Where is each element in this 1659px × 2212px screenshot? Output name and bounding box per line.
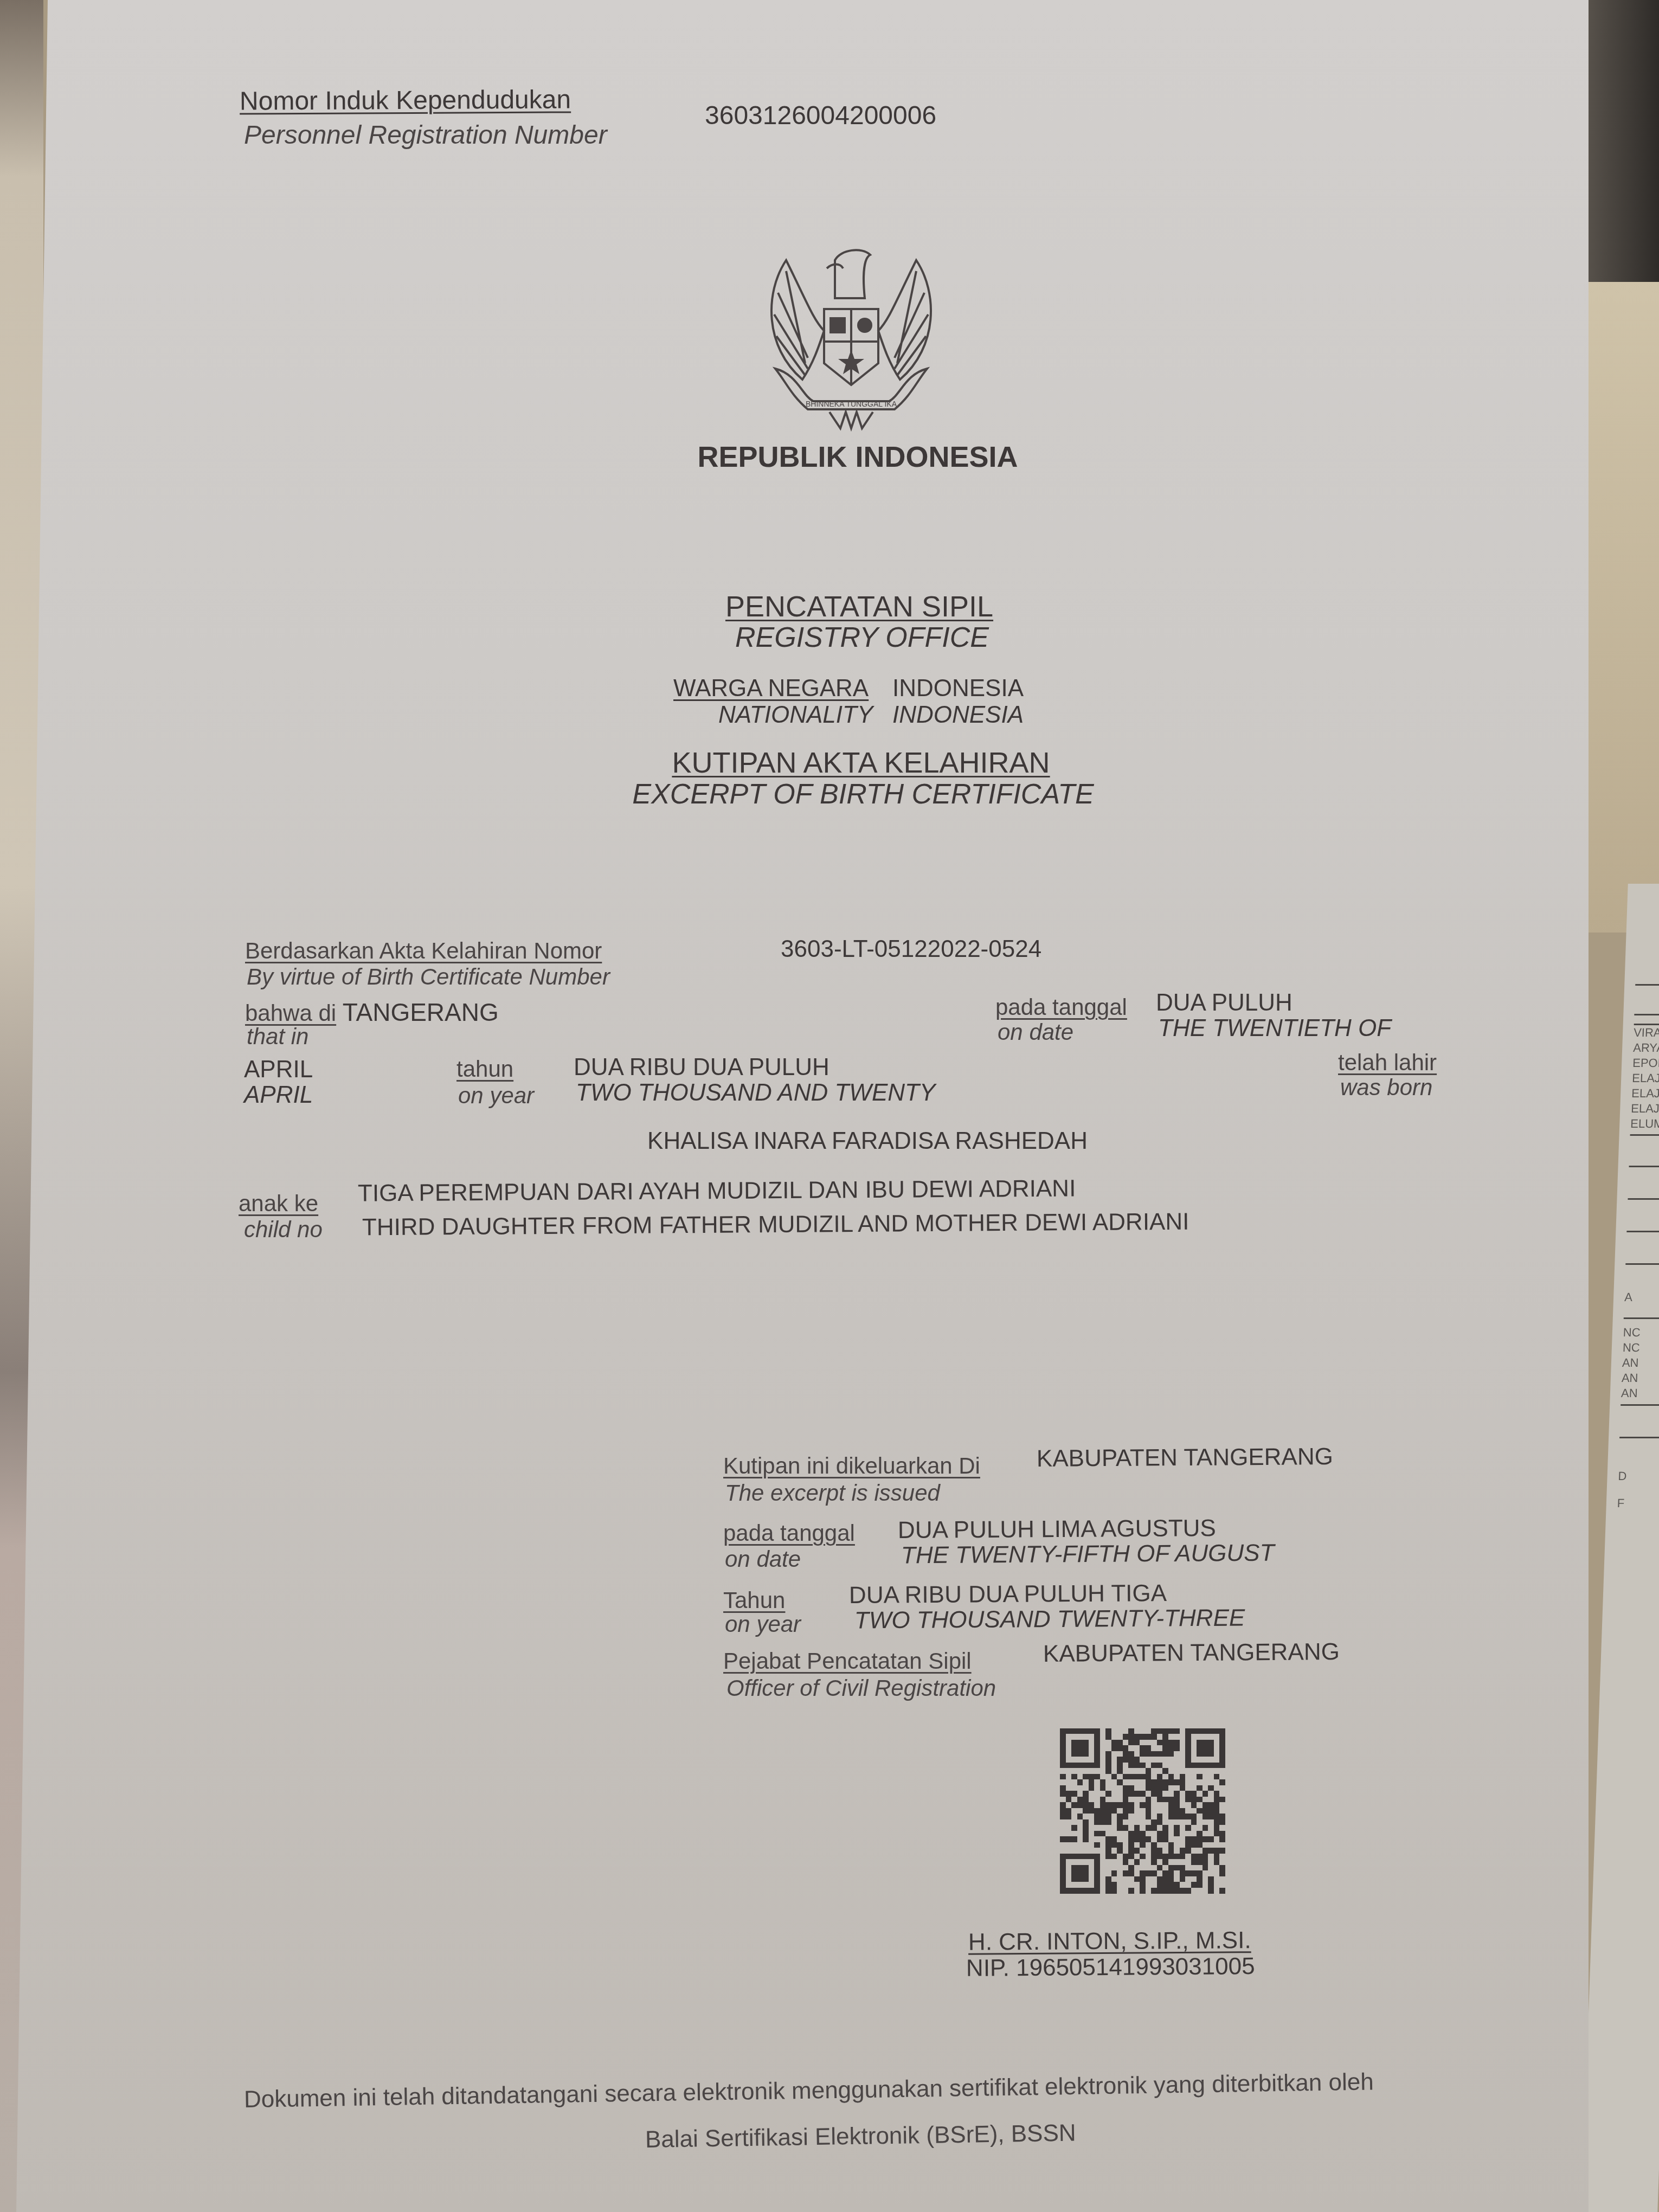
issue-date: DUA PULUH LIMA AGUSTUS [898,1515,1216,1544]
child-no-en: THIRD DAUGHTER FROM FATHER MUDIZIL AND M… [362,1208,1189,1242]
birth-month: APRIL [244,1056,313,1083]
birth-year-label-en: on year [458,1083,534,1109]
issue-date-en: THE TWENTY-FIFTH OF AUGUST [901,1540,1275,1570]
child-no: TIGA PEREMPUAN DARI AYAH MUDIZIL DAN IBU… [358,1175,1076,1207]
nationality-label: WARGA NEGARA [673,675,869,702]
country-title: REPUBLIK INDONESIA [697,440,1018,474]
issue-date-label-en: on date [725,1546,801,1572]
place-label: bahwa di [245,1000,336,1026]
birth-day-en: THE TWENTIETH OF [1158,1015,1391,1042]
birth-year-en: TWO THOUSAND AND TWENTY [576,1079,935,1107]
officer-label: Pejabat Pencatatan Sipil [723,1648,972,1674]
cert-number-label: Berdasarkan Akta Kelahiran Nomor [245,938,602,964]
svg-text:BHINNEKA TUNGGAL IKA: BHINNEKA TUNGGAL IKA [806,400,897,408]
place-label-en: that in [247,1024,308,1050]
child-no-label-en: child no [244,1217,323,1243]
child-name: KHALISA INARA FARADISA RASHEDAH [647,1128,1088,1155]
nik-label: Nomor Induk Kependudukan [240,85,571,116]
birth-place: TANGERANG [343,998,499,1026]
qr-code-icon[interactable] [1060,1727,1225,1895]
background-object-dark [1583,0,1659,304]
born-label: telah lahir [1338,1050,1437,1076]
officer-name: H. CR. INTON, S.IP., M.SI. [968,1927,1251,1956]
birth-day: DUA PULUH [1156,989,1293,1017]
issue-year-en: TWO THOUSAND TWENTY-THREE [854,1604,1245,1634]
nationality-value-en: INDONESIA [892,702,1024,729]
nik-label-en: Personnel Registration Number [244,120,607,150]
officer-nip: NIP. 196505141993031005 [966,1953,1255,1982]
birth-year: DUA RIBU DUA PULUH [574,1054,829,1081]
officer-label-en: Officer of Civil Registration [726,1675,996,1701]
document-title-en: EXCERPT OF BIRTH CERTIFICATE [632,778,1094,811]
nik-value: 3603126004200006 [705,101,936,131]
cert-number: 3603-LT-05122022-0524 [781,936,1041,963]
birth-year-label: tahun [456,1056,513,1082]
birth-date-label: pada tanggal [995,994,1127,1020]
birth-date-label-en: on date [998,1019,1073,1045]
cert-number-label-en: By virtue of Birth Certificate Number [247,964,610,990]
nationality-label-en: NATIONALITY [718,702,873,729]
garuda-emblem-icon: BHINNEKA TUNGGAL IKA [754,239,949,434]
issue-year: DUA RIBU DUA PULUH TIGA [849,1580,1167,1609]
issued-at: KABUPATEN TANGERANG [1037,1443,1333,1472]
child-no-label: anak ke [239,1191,318,1217]
office-title-en: REGISTRY OFFICE [735,621,989,654]
background-second-document: J VIRASW ARYAW EPOLI ELAJA ELAJA ELAJA E… [1581,884,1659,2212]
document-title: KUTIPAN AKTA KELAHIRAN [672,746,1050,780]
birth-month-en: APRIL [244,1082,313,1109]
issued-at-label-en: The excerpt is issued [725,1480,940,1506]
office-title: PENCATATAN SIPIL [725,590,993,623]
issued-at-label: Kutipan ini dikeluarkan Di [723,1453,980,1479]
nationality-value: INDONESIA [892,675,1024,702]
issue-date-label: pada tanggal [723,1520,855,1546]
issue-year-label: Tahun [723,1587,785,1613]
issue-year-label-en: on year [725,1611,801,1637]
officer-region: KABUPATEN TANGERANG [1043,1638,1340,1668]
born-label-en: was born [1340,1075,1432,1101]
birth-place-row: bahwa di TANGERANG [245,998,499,1027]
